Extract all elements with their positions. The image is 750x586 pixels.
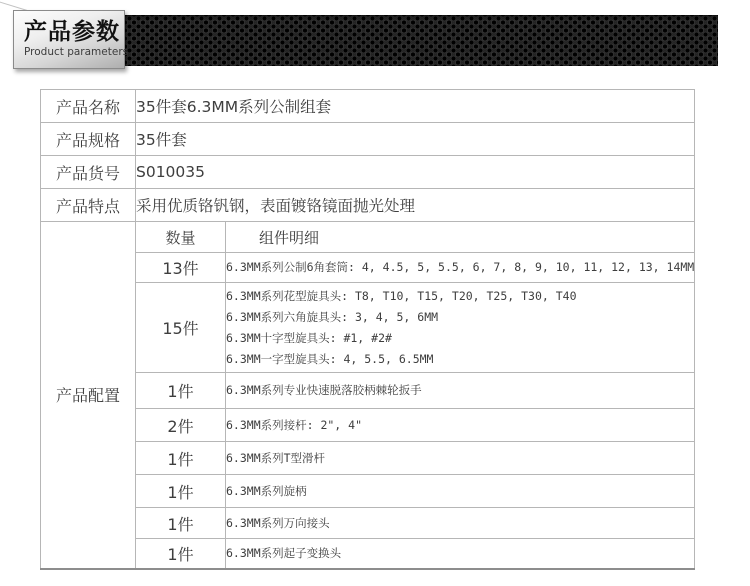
table-row-item: 2件 6.3MM系列接杆: 2", 4" (41, 409, 695, 442)
qty-cell: 1件 (136, 508, 226, 539)
table-row-config-header: 产品配置 数量 组件明细 (41, 222, 695, 253)
detail-line: 6.3MM系列T型滑杆 (226, 448, 694, 469)
spec-label: 产品规格 (41, 123, 136, 156)
detail-cell: 6.3MM系列花型旋具头: T8, T10, T15, T20, T25, T3… (226, 283, 695, 373)
qty-cell: 2件 (136, 409, 226, 442)
detail-line: 6.3MM系列万向接头 (226, 513, 694, 534)
detail-line: 6.3MM十字型旋具头: #1, #2# (226, 328, 694, 349)
table-row-item: 1件 6.3MM系列万向接头 (41, 508, 695, 539)
table-row-item: 1件 6.3MM系列起子变换头 (41, 539, 695, 569)
qty-cell: 1件 (136, 539, 226, 569)
table-row-item: 1件 6.3MM系列旋柄 (41, 475, 695, 508)
detail-line: 6.3MM系列六角旋具头: 3, 4, 5, 6MM (226, 307, 694, 328)
detail-cell: 6.3MM系列T型滑杆 (226, 442, 695, 475)
detail-column-header: 组件明细 (226, 222, 695, 253)
detail-cell: 6.3MM系列万向接头 (226, 508, 695, 539)
product-parameters-page: 产品参数 Product parameters 产品名称 35件套6.3MM系列… (0, 0, 750, 586)
detail-cell: 6.3MM系列公制6角套筒: 4, 4.5, 5, 5.5, 6, 7, 8, … (226, 253, 695, 283)
detail-line: 6.3MM系列起子变换头 (226, 543, 694, 564)
qty-cell: 1件 (136, 442, 226, 475)
product-spec-table: 产品名称 35件套6.3MM系列公制组套 产品规格 35件套 产品货号 S010… (40, 89, 695, 570)
qty-column-header: 数量 (136, 222, 226, 253)
spec-value: 35件套6.3MM系列公制组套 (136, 90, 695, 123)
detail-cell: 6.3MM系列专业快速脱落胶柄棘轮扳手 (226, 373, 695, 409)
table-row-item: 1件 6.3MM系列专业快速脱落胶柄棘轮扳手 (41, 373, 695, 409)
detail-line: 6.3MM一字型旋具头: 4, 5.5, 6.5MM (226, 349, 694, 370)
table-row-item: 1件 6.3MM系列T型滑杆 (41, 442, 695, 475)
detail-cell: 6.3MM系列接杆: 2", 4" (226, 409, 695, 442)
qty-cell: 1件 (136, 475, 226, 508)
detail-cell: 6.3MM系列起子变换头 (226, 539, 695, 569)
qty-cell: 1件 (136, 373, 226, 409)
qty-cell: 15件 (136, 283, 226, 373)
spec-value: 采用优质铬钒钢，表面镀铬镜面抛光处理 (136, 189, 695, 222)
table-row-item: 15件 6.3MM系列花型旋具头: T8, T10, T15, T20, T25… (41, 283, 695, 373)
detail-line: 6.3MM系列专业快速脱落胶柄棘轮扳手 (226, 380, 694, 401)
detail-line: 6.3MM系列旋柄 (226, 481, 694, 502)
spec-value: S010035 (136, 156, 695, 189)
detail-cell: 6.3MM系列旋柄 (226, 475, 695, 508)
table-row-product-spec: 产品规格 35件套 (41, 123, 695, 156)
banner-title: 产品参数 (24, 20, 124, 45)
spec-value: 35件套 (136, 123, 695, 156)
banner-mesh-band (125, 15, 718, 66)
detail-line: 6.3MM系列公制6角套筒: 4, 4.5, 5, 5.5, 6, 7, 8, … (226, 257, 694, 278)
table-row-item: 13件 6.3MM系列公制6角套筒: 4, 4.5, 5, 5.5, 6, 7,… (41, 253, 695, 283)
spec-label: 产品特点 (41, 189, 136, 222)
detail-line: 6.3MM系列花型旋具头: T8, T10, T15, T20, T25, T3… (226, 286, 694, 307)
banner-title-plate: 产品参数 Product parameters (13, 10, 125, 69)
detail-line: 6.3MM系列接杆: 2", 4" (226, 415, 694, 436)
config-label: 产品配置 (41, 222, 136, 569)
table-row-product-sku: 产品货号 S010035 (41, 156, 695, 189)
spec-label: 产品货号 (41, 156, 136, 189)
banner-subtitle: Product parameters (24, 46, 124, 58)
table-row-product-feature: 产品特点 采用优质铬钒钢，表面镀铬镜面抛光处理 (41, 189, 695, 222)
spec-label: 产品名称 (41, 90, 136, 123)
table-row-product-name: 产品名称 35件套6.3MM系列公制组套 (41, 90, 695, 123)
qty-cell: 13件 (136, 253, 226, 283)
